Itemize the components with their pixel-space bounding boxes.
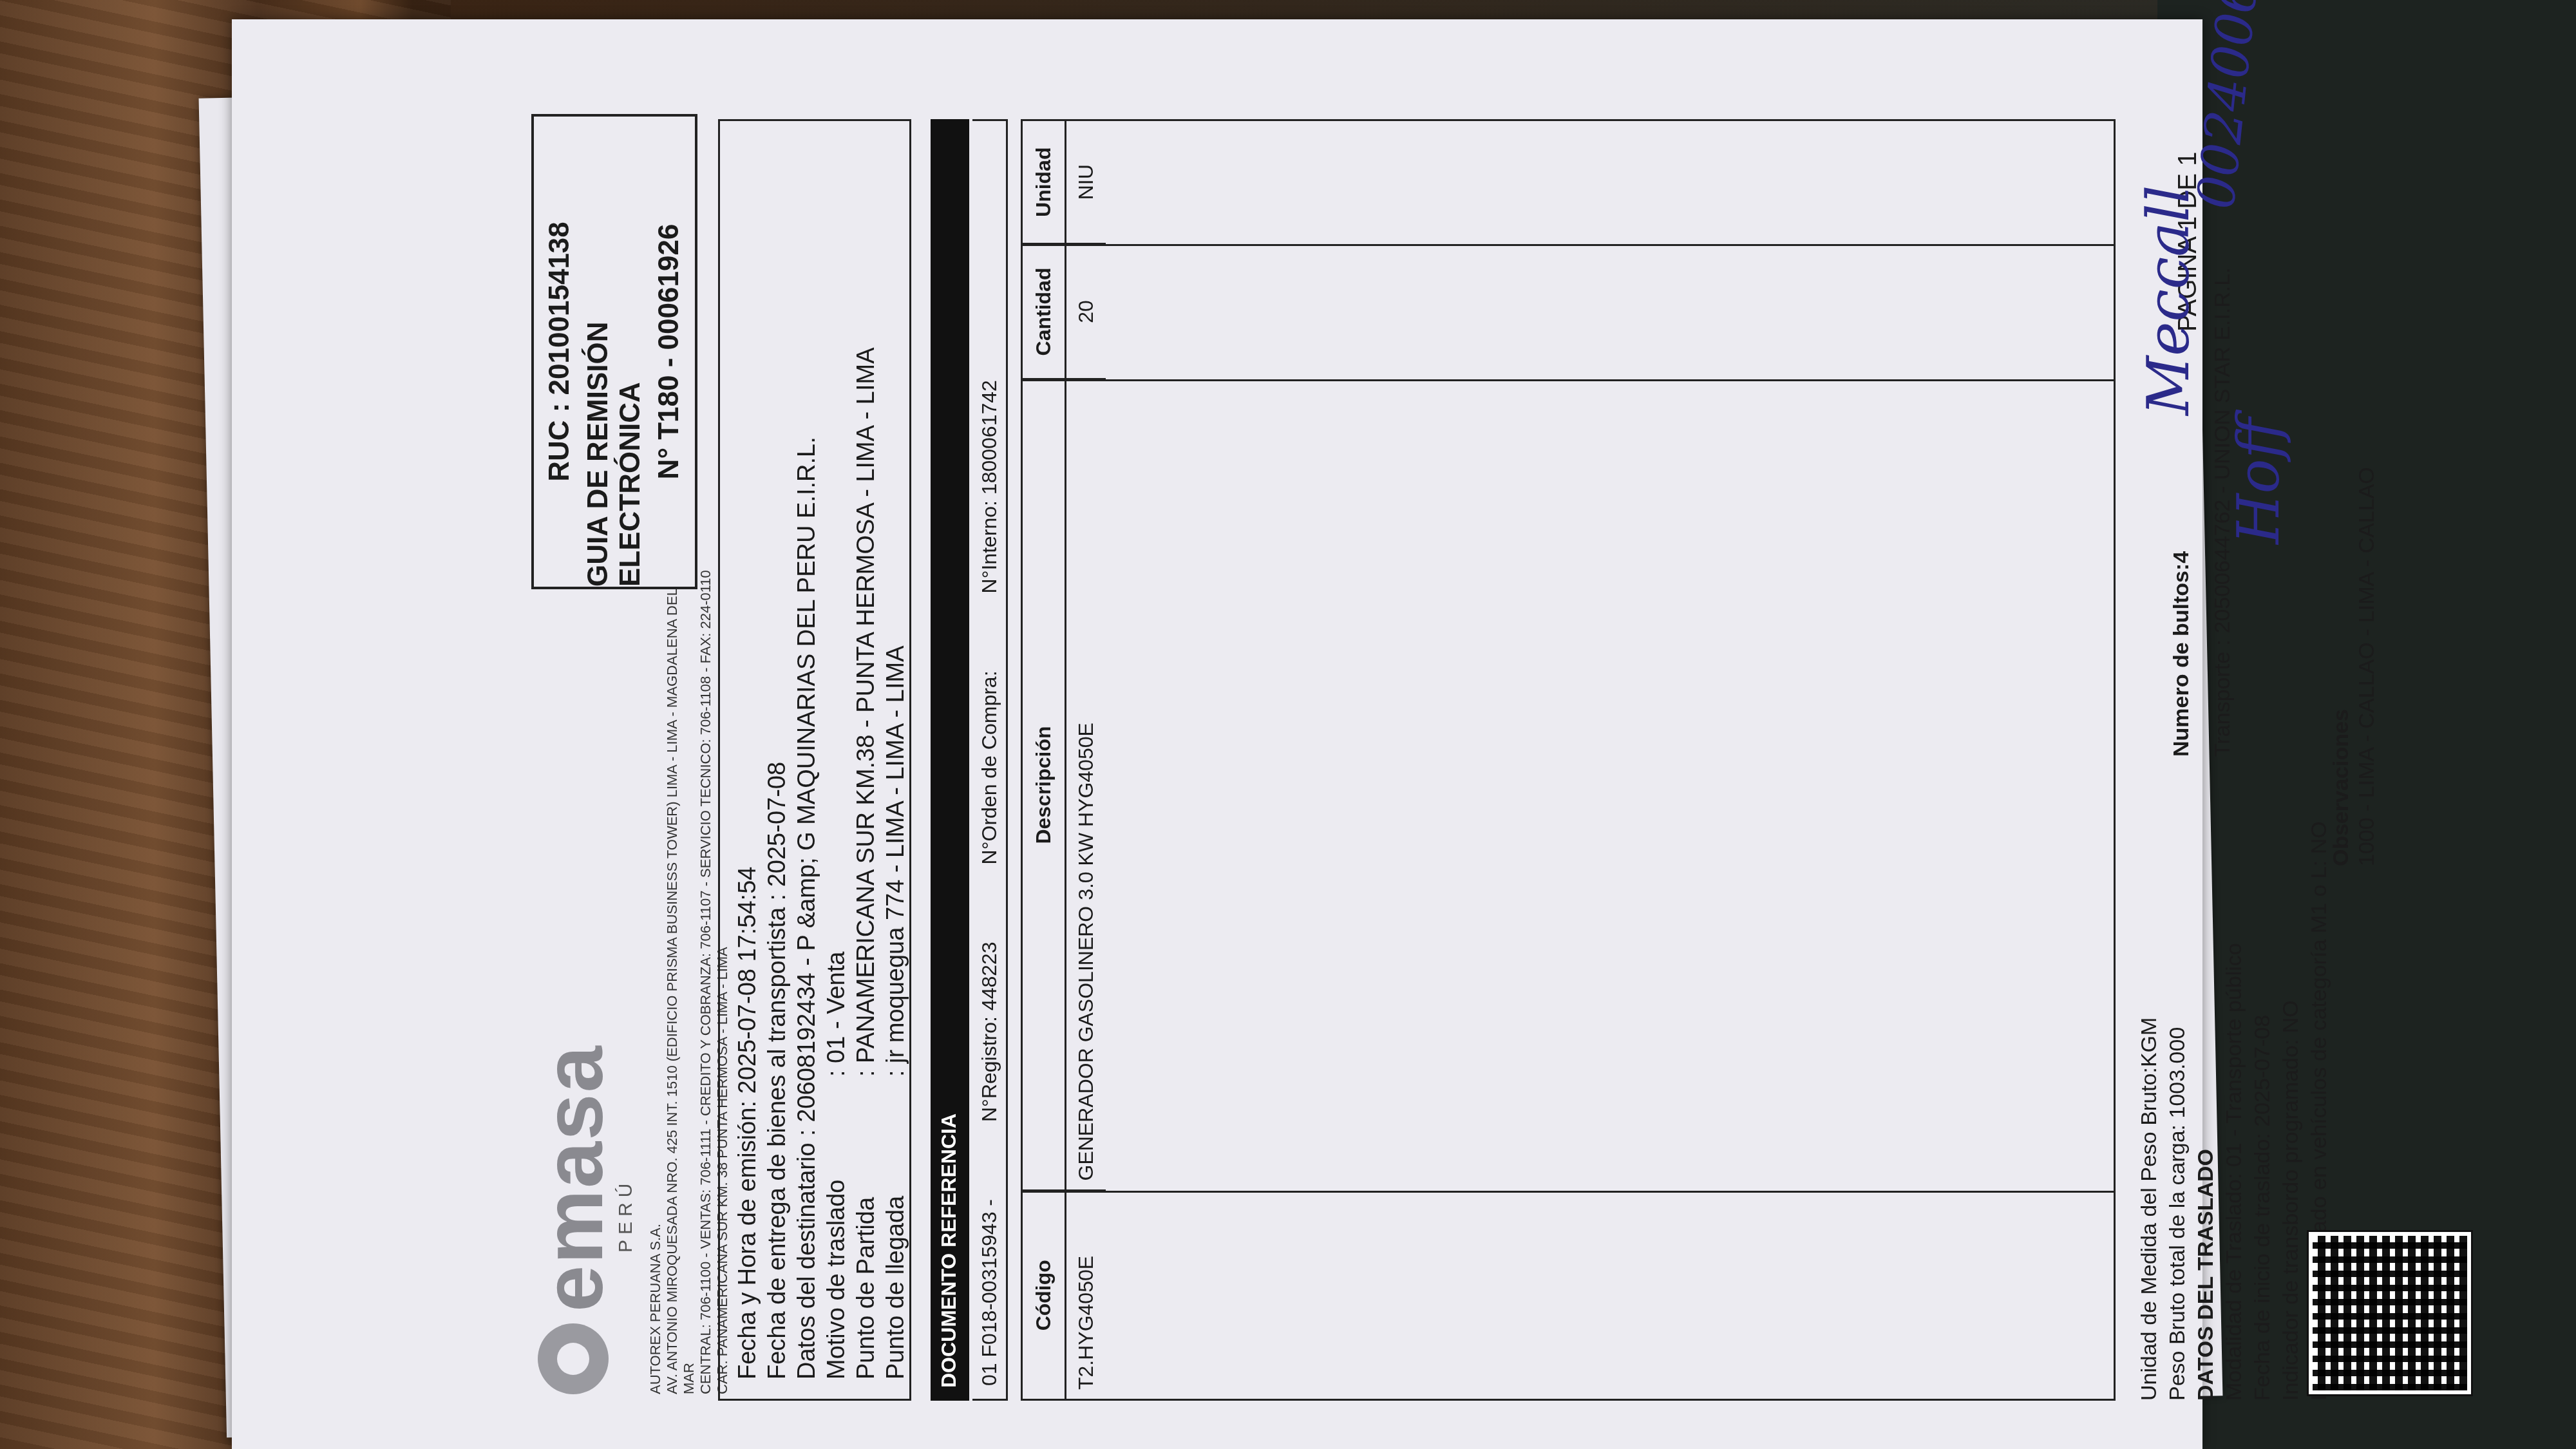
reference-orden-compra: N°Orden de Compra: (978, 670, 1001, 864)
info-value: : jr moquegua 774 - LIMA - LIMA - LIMA (881, 645, 911, 1077)
info-row: Fecha de entrega de bienes al transporti… (762, 140, 792, 1379)
reference-interno: N°Interno: 1800061742 (978, 380, 1001, 593)
reference-doc: 01 F018-00315943 - (978, 1199, 1001, 1386)
column-divider (1023, 244, 2114, 246)
logo-text: emasa (525, 1045, 621, 1312)
cell-unidad: NIU (1066, 121, 1106, 244)
items-table: Código Descripción Cantidad Unidad T2.HY… (1021, 119, 2116, 1401)
col-unidad: Unidad (1023, 121, 1066, 244)
info-row: Datos del destinatario : 20608192434 - P… (792, 140, 822, 1379)
transfer-mode: Modalidad de Traslado: 01 - Transporte p… (2220, 821, 2248, 1401)
observations-value: 1000 - LIMA - CALLAO - LIMA - CALLAO (2354, 467, 2380, 866)
ruc-box: RUC : 20100154138 GUIA DE REMISIÓN ELECT… (531, 114, 697, 589)
table-header-row: Código Descripción Cantidad Unidad (1023, 121, 1066, 1399)
document-title: GUIA DE REMISIÓN ELECTRÓNICA (582, 117, 647, 587)
info-label: Motivo de traslado (822, 1077, 851, 1379)
info-label: Datos del destinatario : (792, 1129, 822, 1379)
info-row: Punto de llegada: jr moquegua 774 - LIMA… (881, 140, 911, 1379)
items-grid: Código Descripción Cantidad Unidad T2.HY… (1023, 121, 1106, 1399)
cell-descripcion: GENERADOR GASOLINERO 3.0 KW HYG4050E (1066, 379, 1106, 1191)
info-label: Punto de llegada (881, 1077, 911, 1379)
company-line: CENTRAL: 706-1100 - VENTAS: 706-1111 - C… (697, 557, 714, 1394)
document-paper: emasa PERÚ AUTOREX PERUANA S.A. AV. ANTO… (232, 19, 2202, 1449)
column-divider (1023, 1191, 2114, 1193)
col-descripcion: Descripción (1023, 379, 1066, 1191)
cell-codigo: T2.HYG4050E (1066, 1191, 1106, 1399)
brand-logo: emasa (525, 1045, 621, 1394)
reference-registro: N°Registro: 448223 (978, 942, 1001, 1122)
handwritten-number: 00240068 (2186, 0, 2273, 212)
info-value: 2025-07-08 (762, 762, 792, 887)
info-value: : 01 - Venta (822, 952, 851, 1077)
signature-1: Hoff (2225, 418, 2293, 544)
document-number: N° T180 - 00061926 (653, 224, 685, 480)
col-codigo: Código (1023, 1191, 1066, 1399)
emasa-logo-icon (538, 1323, 609, 1394)
column-divider (1023, 379, 2114, 381)
reference-row: 01 F018-00315943 - N°Registro: 448223 N°… (972, 119, 1008, 1401)
company-line: AV. ANTONIO MIROQUESADA NRO. 425 INT. 15… (664, 557, 697, 1394)
transfer-heading: DATOS DEL TRASLADO (2192, 821, 2220, 1401)
qr-code-icon (2309, 1232, 2471, 1394)
table-row: T2.HYG4050E GENERADOR GASOLINERO 3.0 KW … (1066, 121, 1106, 1399)
transfer-details: Unidad de Medida del Peso Bruto:KGM Peso… (2135, 821, 2333, 1401)
info-label: Punto de Partida (851, 1077, 881, 1379)
info-row: Fecha y Hora de emisión: 2025-07-08 17:5… (733, 140, 762, 1379)
info-label: Fecha de entrega de bienes al transporti… (762, 894, 792, 1379)
observations-label: Observaciones (2328, 467, 2354, 866)
info-row: Motivo de traslado: 01 - Venta (822, 140, 851, 1379)
weight-unit: Unidad de Medida del Peso Bruto:KGM (2135, 821, 2163, 1401)
signature-2: Meccall (2135, 185, 2202, 415)
info-label: Fecha y Hora de emisión: (733, 1101, 762, 1379)
company-line: AUTOREX PERUANA S.A. (647, 557, 664, 1394)
info-row: Punto de Partida: PANAMERICANA SUR KM.38… (851, 140, 881, 1379)
cell-cantidad: 20 (1066, 244, 1106, 379)
transfer-start-date: Fecha de inicio de traslado: 2025-07-08 (2248, 821, 2277, 1401)
gross-weight: Peso Bruto total de la carga: 1003.000 (2163, 821, 2192, 1401)
info-value: 20608192434 - P &amp; G MAQUINARIAS DEL … (792, 437, 822, 1122)
observations: Observaciones 1000 - LIMA - CALLAO - LIM… (2328, 467, 2380, 866)
transshipment-indicator: Indicador de transbordo programado: NO (2277, 821, 2305, 1401)
logo-subtitle: PERÚ (615, 1179, 637, 1253)
guia-remision-page: emasa PERÚ AUTOREX PERUANA S.A. AV. ANTO… (486, 61, 2386, 1446)
reference-header: DOCUMENTO REFERENCIA (931, 119, 969, 1401)
ruc-number: RUC : 20100154138 (544, 222, 576, 482)
shipment-info: Fecha y Hora de emisión: 2025-07-08 17:5… (718, 119, 911, 1401)
info-value: : PANAMERICANA SUR KM.38 - PUNTA HERMOSA… (851, 348, 881, 1077)
col-cantidad: Cantidad (1023, 244, 1066, 379)
info-value: 2025-07-08 17:54:54 (733, 867, 762, 1094)
